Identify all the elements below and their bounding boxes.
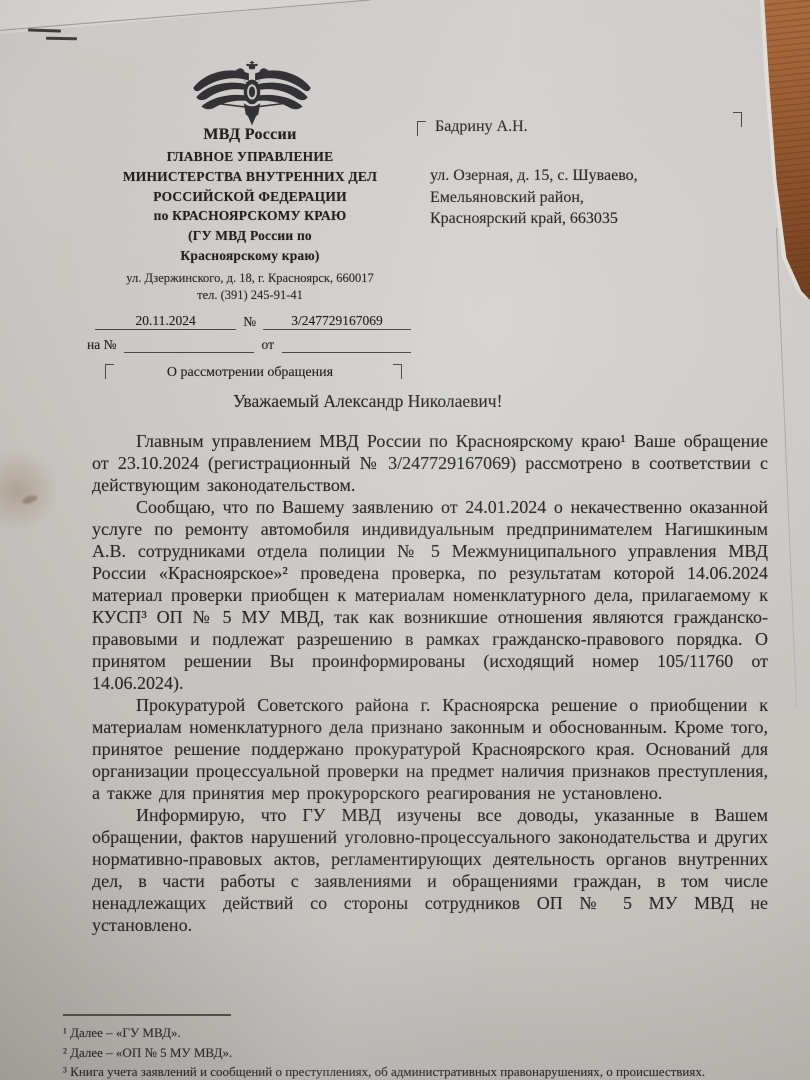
ref-from-blank [282, 332, 411, 353]
recipient-block: Бадрину А.Н. ул. Озерная, д. 15, с. Шува… [417, 118, 757, 230]
corner-bracket-icon [733, 112, 742, 127]
photo-background: МВД России ГЛАВНОЕ УПРАВЛЕНИЕ МИНИСТЕРСТ… [0, 0, 810, 1080]
footnote: ² Далее – «ОП № 5 МУ МВД». [63, 1043, 787, 1063]
body-paragraph: Сообщаю, что по Вашему заявлению от 24.0… [92, 496, 768, 694]
salutation: Уважаемый Александр Николаевич! [233, 391, 502, 412]
footnote-separator [63, 1014, 231, 1016]
org-name-line: МИНИСТЕРСТВА ВНУТРЕННИХ ДЕЛ [85, 167, 415, 187]
ref-from-label: от [254, 337, 282, 353]
reference-row: на № от [85, 332, 415, 353]
doc-number: 3/247729167069 [263, 313, 411, 330]
letter-content: МВД России ГЛАВНОЕ УПРАВЛЕНИЕ МИНИСТЕРСТ… [0, 0, 810, 1080]
recipient-address: ул. Озерная, д. 15, с. Шуваево, Емельяно… [417, 165, 757, 230]
recipient-address-line: ул. Озерная, д. 15, с. Шуваево, [430, 165, 757, 187]
letter-body: Главным управлением МВД России по Красно… [92, 430, 768, 936]
letterhead: МВД России ГЛАВНОЕ УПРАВЛЕНИЕ МИНИСТЕРСТ… [85, 126, 415, 386]
org-name-line: по КРАСНОЯРСКОМУ КРАЮ [85, 206, 415, 226]
recipient-address-line: Емельяновский район, [430, 187, 757, 209]
org-name-line: РОССИЙСКОЙ ФЕДЕРАЦИИ [85, 187, 415, 207]
double-headed-eagle-icon [190, 60, 314, 128]
recipient-address-line: Красноярский край, 663035 [430, 208, 757, 230]
org-name-short: МВД России [85, 126, 415, 144]
subject-row: О рассмотрении обращения [85, 362, 415, 386]
corner-bracket-icon [417, 121, 426, 136]
org-name-block: ГЛАВНОЕ УПРАВЛЕНИЕ МИНИСТЕРСТВА ВНУТРЕНН… [85, 147, 415, 266]
org-name-line: Красноярскому краю) [85, 246, 415, 266]
footnote: ³ Книга учета заявлений и сообщений о пр… [63, 1062, 787, 1080]
recipient-name: Бадрину А.Н. [435, 118, 528, 136]
doc-number-sign: № [236, 314, 263, 330]
doc-date: 20.11.2024 [95, 313, 236, 330]
ref-number-blank [124, 332, 253, 353]
corner-bracket-icon [393, 364, 402, 379]
footnotes-block: ¹ Далее – «ГУ МВД». ² Далее – «ОП № 5 МУ… [63, 1014, 787, 1080]
letterhead-phone: тел. (391) 245-91-41 [85, 287, 415, 304]
org-name-line: ГЛАВНОЕ УПРАВЛЕНИЕ [85, 147, 415, 167]
body-paragraph: Информирую, что ГУ МВД изучены все довод… [92, 804, 768, 936]
ref-number-label: на № [87, 337, 124, 353]
date-number-row: 20.11.2024 № 3/247729167069 [85, 309, 415, 330]
body-paragraph: Прокуратурой Советского района г. Красно… [92, 694, 768, 804]
org-name-line: (ГУ МВД России по [85, 226, 415, 246]
subject-line: О рассмотрении обращения [85, 365, 415, 381]
letterhead-address: ул. Дзержинского, д. 18, г. Красноярск, … [85, 270, 415, 287]
body-paragraph: Главным управлением МВД России по Красно… [92, 430, 768, 496]
footnote: ¹ Далее – «ГУ МВД». [63, 1023, 787, 1043]
